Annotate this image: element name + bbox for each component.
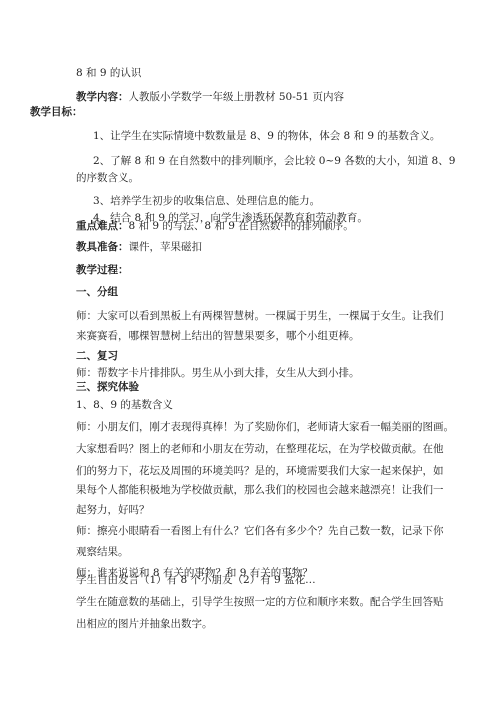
objective-item: 3、培养学生初步的收集信息、处理信息的能力。 xyxy=(93,194,320,208)
paragraph-line: 果每个人都能积极地为学校做贡献，那么我们的校园也会越来越漂亮！让我们一 xyxy=(76,483,444,497)
teaching-content: 教学内容：人教版小学数学一年级上册教材 50-51 页内容 xyxy=(76,90,344,104)
process-heading: 教学过程： xyxy=(76,263,129,277)
objective-item: 1、让学生在实际情境中数数量是 8、9 的物体，体会 8 和 9 的基数含义。 xyxy=(93,129,440,143)
objectives-heading: 教学目标： xyxy=(30,105,83,119)
objective-item-cont: 的序数含义。 xyxy=(76,171,139,185)
paragraph-line: 观察结果。 xyxy=(76,545,129,559)
paragraph-line: 师：小朋友们，刚才表现得真棒！为了奖励你们，老师请大家看一幅美丽的图画。 xyxy=(76,420,454,434)
paragraph-line: 师：帮数字卡片排排队。男生从小到大排，女生从大到小排。 xyxy=(76,366,360,380)
materials-label: 教具准备： xyxy=(76,241,129,253)
objective-item: 2、了解 8 和 9 在自然数中的排列顺序，会比较 0~9 各数的大小，知道 8… xyxy=(93,154,455,168)
doc-title: 8 和 9 的认识 xyxy=(76,66,141,80)
teaching-content-label: 教学内容： xyxy=(76,91,129,103)
paragraph-line: 出相应的图片并抽象出数字。 xyxy=(76,617,213,631)
section-heading: 二、复习 xyxy=(76,349,118,363)
key-points-label: 重点难点： xyxy=(76,220,129,232)
section-heading: 三、探究体验 xyxy=(76,380,139,394)
materials: 教具准备：课件，苹果磁扣 xyxy=(76,240,202,254)
paragraph-line: 起努力，好吗？ xyxy=(76,503,150,517)
materials-value: 课件，苹果磁扣 xyxy=(129,241,203,253)
key-points-value: 8 和 9 的写法、8 和 9 在自然数中的排列顺序。 xyxy=(129,220,354,232)
subsection-heading: 1、8、9 的基数含义 xyxy=(76,398,173,412)
section-heading: 一、分组 xyxy=(76,285,118,299)
paragraph-line: 来赛赛看，哪棵智慧树上结出的智慧果要多，哪个小组更棒。 xyxy=(76,329,360,343)
paragraph-line: 师：擦亮小眼睛看一看图上有什么？它们各有多少个？先自己数一数，记录下你 xyxy=(76,524,444,538)
paragraph-line: 大家想看吗？图上的老师和小朋友在劳动，在整理花坛，在为学校做贡献。在他 xyxy=(76,442,444,456)
paragraph-line: 师：大家可以看到黑板上有两棵智慧树。一棵属于男生，一棵属于女生。让我们 xyxy=(76,309,444,323)
paragraph-line: 学生自由发言（1）有 8 个小朋友（2）有 9 盆花… xyxy=(76,573,316,587)
teaching-content-value: 人教版小学数学一年级上册教材 50-51 页内容 xyxy=(129,91,344,103)
paragraph-line: 们的努力下，花坛及周围的环境美吗？是的，环境需要我们大家一起来保护，如 xyxy=(76,464,444,478)
paragraph-line: 学生在随意数的基础上，引导学生按照一定的方位和顺序来数。配合学生回答贴 xyxy=(76,595,444,609)
key-points: 重点难点：8 和 9 的写法、8 和 9 在自然数中的排列顺序。 xyxy=(76,219,354,233)
